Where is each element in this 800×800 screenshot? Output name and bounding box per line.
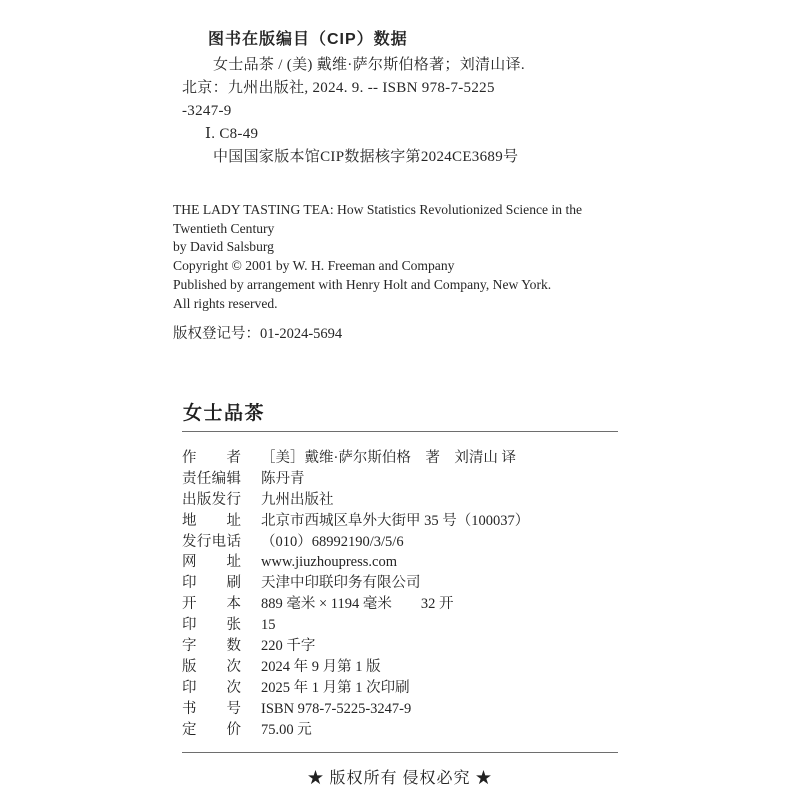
cip-line-record-number: 中国国家版本馆CIP数据核字第2024CE3689号 bbox=[182, 146, 525, 169]
row-label: 印刷 bbox=[182, 571, 241, 592]
original-title-line: THE LADY TASTING TEA: How Statistics Rev… bbox=[173, 201, 582, 220]
colophon-row-format: 开本 889 毫米 × 1194 毫米 32 开 bbox=[182, 592, 618, 613]
row-value: ［美］戴维·萨尔斯伯格 著 刘清山 译 bbox=[261, 446, 516, 467]
colophon-row-word-count: 字数 220 千字 bbox=[182, 634, 618, 655]
copyright-notice: ★ 版权所有 侵权必究 ★ bbox=[182, 765, 618, 788]
colophon-row-isbn: 书号 ISBN 978-7-5225-3247-9 bbox=[182, 697, 618, 718]
row-label: 版次 bbox=[182, 655, 241, 676]
row-label: 字数 bbox=[182, 634, 241, 655]
row-value: 北京市西城区阜外大街甲 35 号（100037） bbox=[261, 509, 529, 530]
rights-reserved-line: All rights reserved. bbox=[173, 295, 582, 314]
row-label: 作者 bbox=[182, 446, 241, 467]
cip-header: 图书在版编目（CIP）数据 bbox=[182, 28, 525, 51]
colophon-row-price: 定价 75.00 元 bbox=[182, 718, 618, 739]
registration-number: 版权登记号：01-2024-5694 bbox=[173, 322, 342, 343]
colophon-row-address: 地址 北京市西城区阜外大街甲 35 号（100037） bbox=[182, 509, 618, 530]
divider-top bbox=[182, 431, 618, 432]
row-value: ISBN 978-7-5225-3247-9 bbox=[261, 701, 411, 718]
english-copyright-section: THE LADY TASTING TEA: How Statistics Rev… bbox=[173, 201, 582, 313]
colophon-table: 作者 ［美］戴维·萨尔斯伯格 著 刘清山 译 责任编辑 陈丹青 出版发行 九州出… bbox=[182, 446, 618, 738]
colophon-row-sheets: 印张 15 bbox=[182, 613, 618, 634]
row-label: 网址 bbox=[182, 550, 241, 571]
colophon-row-phone: 发行电话 （010）68992190/3/5/6 bbox=[182, 530, 618, 551]
row-value: 220 千字 bbox=[261, 634, 315, 655]
cip-line-title-author: 女士品茶 / (美) 戴维·萨尔斯伯格著；刘清山译. bbox=[182, 54, 525, 77]
row-label: 书号 bbox=[182, 697, 241, 718]
original-subtitle-line: Twentieth Century bbox=[173, 220, 582, 239]
cip-line-publisher-isbn: 北京：九州出版社, 2024. 9. -- ISBN 978-7-5225 bbox=[182, 77, 525, 100]
colophon-row-editor: 责任编辑 陈丹青 bbox=[182, 467, 618, 488]
row-value: （010）68992190/3/5/6 bbox=[261, 530, 404, 551]
book-title: 女士品茶 bbox=[183, 398, 265, 425]
original-author-line: by David Salsburg bbox=[173, 238, 582, 257]
divider-bottom bbox=[182, 752, 618, 753]
row-label: 印张 bbox=[182, 613, 241, 634]
row-value: 889 毫米 × 1194 毫米 32 开 bbox=[261, 592, 454, 613]
arrangement-line: Published by arrangement with Henry Holt… bbox=[173, 276, 582, 295]
colophon-row-printer: 印刷 天津中印联印务有限公司 bbox=[182, 571, 618, 592]
cip-section: 图书在版编目（CIP）数据 女士品茶 / (美) 戴维·萨尔斯伯格著；刘清山译.… bbox=[182, 28, 525, 169]
copyright-page: 图书在版编目（CIP）数据 女士品茶 / (美) 戴维·萨尔斯伯格著；刘清山译.… bbox=[0, 0, 800, 800]
row-label: 开本 bbox=[182, 592, 241, 613]
colophon-row-edition: 版次 2024 年 9 月第 1 版 bbox=[182, 655, 618, 676]
row-value: 天津中印联印务有限公司 bbox=[261, 571, 421, 592]
row-value: 2024 年 9 月第 1 版 bbox=[261, 655, 381, 676]
row-value: 陈丹青 bbox=[261, 467, 305, 488]
row-value: 九州出版社 bbox=[261, 488, 334, 509]
row-label: 发行电话 bbox=[182, 530, 241, 551]
row-value: 15 bbox=[261, 617, 276, 634]
row-label: 出版发行 bbox=[182, 488, 241, 509]
row-label: 定价 bbox=[182, 718, 241, 739]
colophon-row-website: 网址 www.jiuzhoupress.com bbox=[182, 550, 618, 571]
colophon-row-author: 作者 ［美］戴维·萨尔斯伯格 著 刘清山 译 bbox=[182, 446, 618, 467]
row-label: 地址 bbox=[182, 509, 241, 530]
row-label: 印次 bbox=[182, 676, 241, 697]
cip-line-isbn-continued: -3247-9 bbox=[182, 100, 525, 123]
row-value: www.jiuzhoupress.com bbox=[261, 554, 397, 571]
row-label: 责任编辑 bbox=[182, 467, 241, 488]
cip-line-classification: Ⅰ. C8-49 bbox=[182, 123, 525, 146]
colophon-row-publisher: 出版发行 九州出版社 bbox=[182, 488, 618, 509]
copyright-line: Copyright © 2001 by W. H. Freeman and Co… bbox=[173, 257, 582, 276]
row-value: 75.00 元 bbox=[261, 718, 312, 739]
colophon-row-printing: 印次 2025 年 1 月第 1 次印刷 bbox=[182, 676, 618, 697]
row-value: 2025 年 1 月第 1 次印刷 bbox=[261, 676, 410, 697]
